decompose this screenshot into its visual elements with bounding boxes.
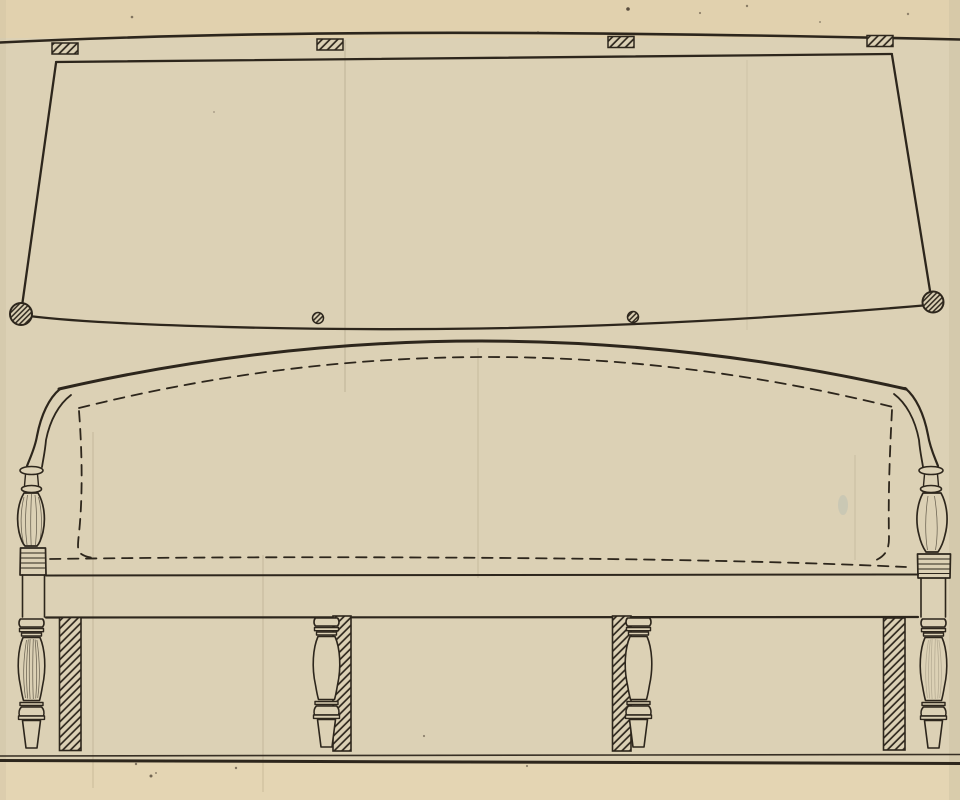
mid-post-dot-right	[628, 312, 639, 323]
rear-right-leg-shadow	[884, 618, 906, 750]
spindle-ring	[919, 467, 943, 475]
speck	[213, 111, 215, 113]
corner-post-left	[10, 303, 32, 325]
aged-paper-sheet	[0, 0, 960, 800]
spindle-ring	[20, 467, 43, 475]
paper-bottom-band	[0, 762, 960, 800]
speck	[135, 763, 137, 765]
arm-collar	[20, 548, 46, 575]
seat-rail-bottom-line	[46, 617, 918, 618]
rear-left-leg-shadow	[60, 618, 82, 751]
speck	[131, 16, 134, 19]
mounting-tab-hatch	[52, 43, 78, 54]
speck	[423, 735, 425, 737]
spindle-ring	[22, 486, 42, 493]
speck	[626, 7, 630, 11]
speck	[235, 767, 237, 769]
speck	[150, 775, 153, 778]
spindle-ring	[921, 486, 942, 493]
mounting-tab-hatch	[317, 39, 343, 50]
paper-right-edge	[949, 0, 960, 800]
speck	[819, 21, 821, 23]
mounting-tab-hatch	[608, 37, 634, 48]
corner-post-right	[923, 292, 944, 313]
speck	[526, 765, 528, 767]
mid-post-dot-left	[313, 313, 324, 324]
arm-collar	[918, 554, 951, 578]
speck	[746, 5, 748, 7]
seat-rail-top-line	[46, 575, 918, 576]
speck	[699, 12, 701, 14]
paper-background	[0, 0, 960, 800]
blue-stain-smudge	[838, 495, 848, 515]
speck	[907, 13, 909, 15]
spindle-vase	[917, 493, 947, 552]
speck	[155, 772, 157, 774]
paper-left-edge	[0, 0, 6, 800]
mounting-tab-hatch	[867, 36, 893, 47]
settee-design-drawing	[0, 0, 960, 800]
speck	[537, 31, 539, 33]
